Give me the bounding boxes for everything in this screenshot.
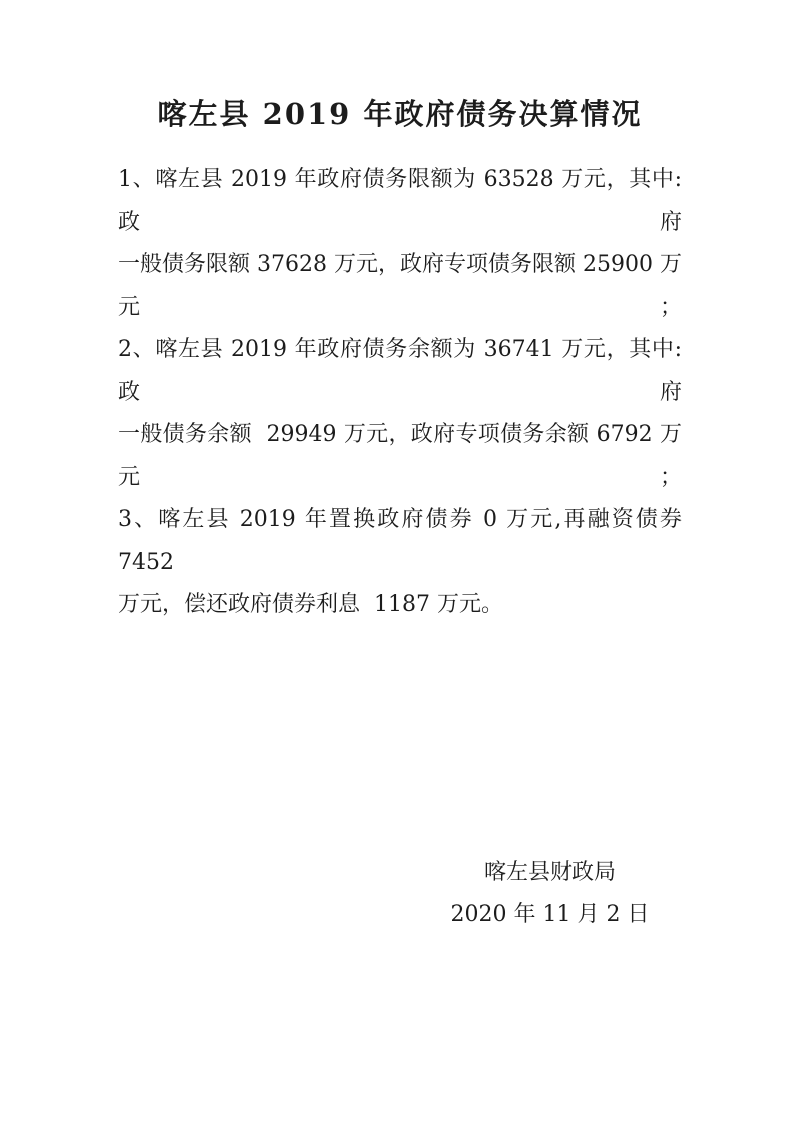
paragraph-2-line-1: 2、喀左县 2019 年政府债务余额为 36741 万元，其中:政府 [118, 329, 682, 414]
document-page: 喀左县 2019 年政府债务决算情况 1、喀左县 2019 年政府债务限额为 6… [0, 0, 800, 1130]
signature-block: 喀左县财政局 2020 年 11 月 2 日 [0, 852, 800, 936]
signature-org: 喀左县财政局 [300, 852, 800, 894]
paragraph-1-line-2: 一般债务限额 37628 万元，政府专项债务限额 25900 万元； [118, 244, 682, 329]
paragraph-1-line-1: 1、喀左县 2019 年政府债务限额为 63528 万元，其中:政府 [118, 159, 682, 244]
paragraph-3-line-1: 3、喀左县 2019 年置换政府债券 0 万元,再融资债券 7452 [118, 499, 682, 584]
paragraph-3-line-2: 万元，偿还政府债券利息 1187 万元。 [118, 584, 682, 627]
document-body: 1、喀左县 2019 年政府债务限额为 63528 万元，其中:政府 一般债务限… [118, 159, 682, 627]
document-title: 喀左县 2019 年政府债务决算情况 [60, 95, 740, 133]
signature-date: 2020 年 11 月 2 日 [300, 894, 800, 936]
paragraph-2-line-2: 一般债务余额 29949 万元，政府专项债务余额 6792 万元； [118, 414, 682, 499]
